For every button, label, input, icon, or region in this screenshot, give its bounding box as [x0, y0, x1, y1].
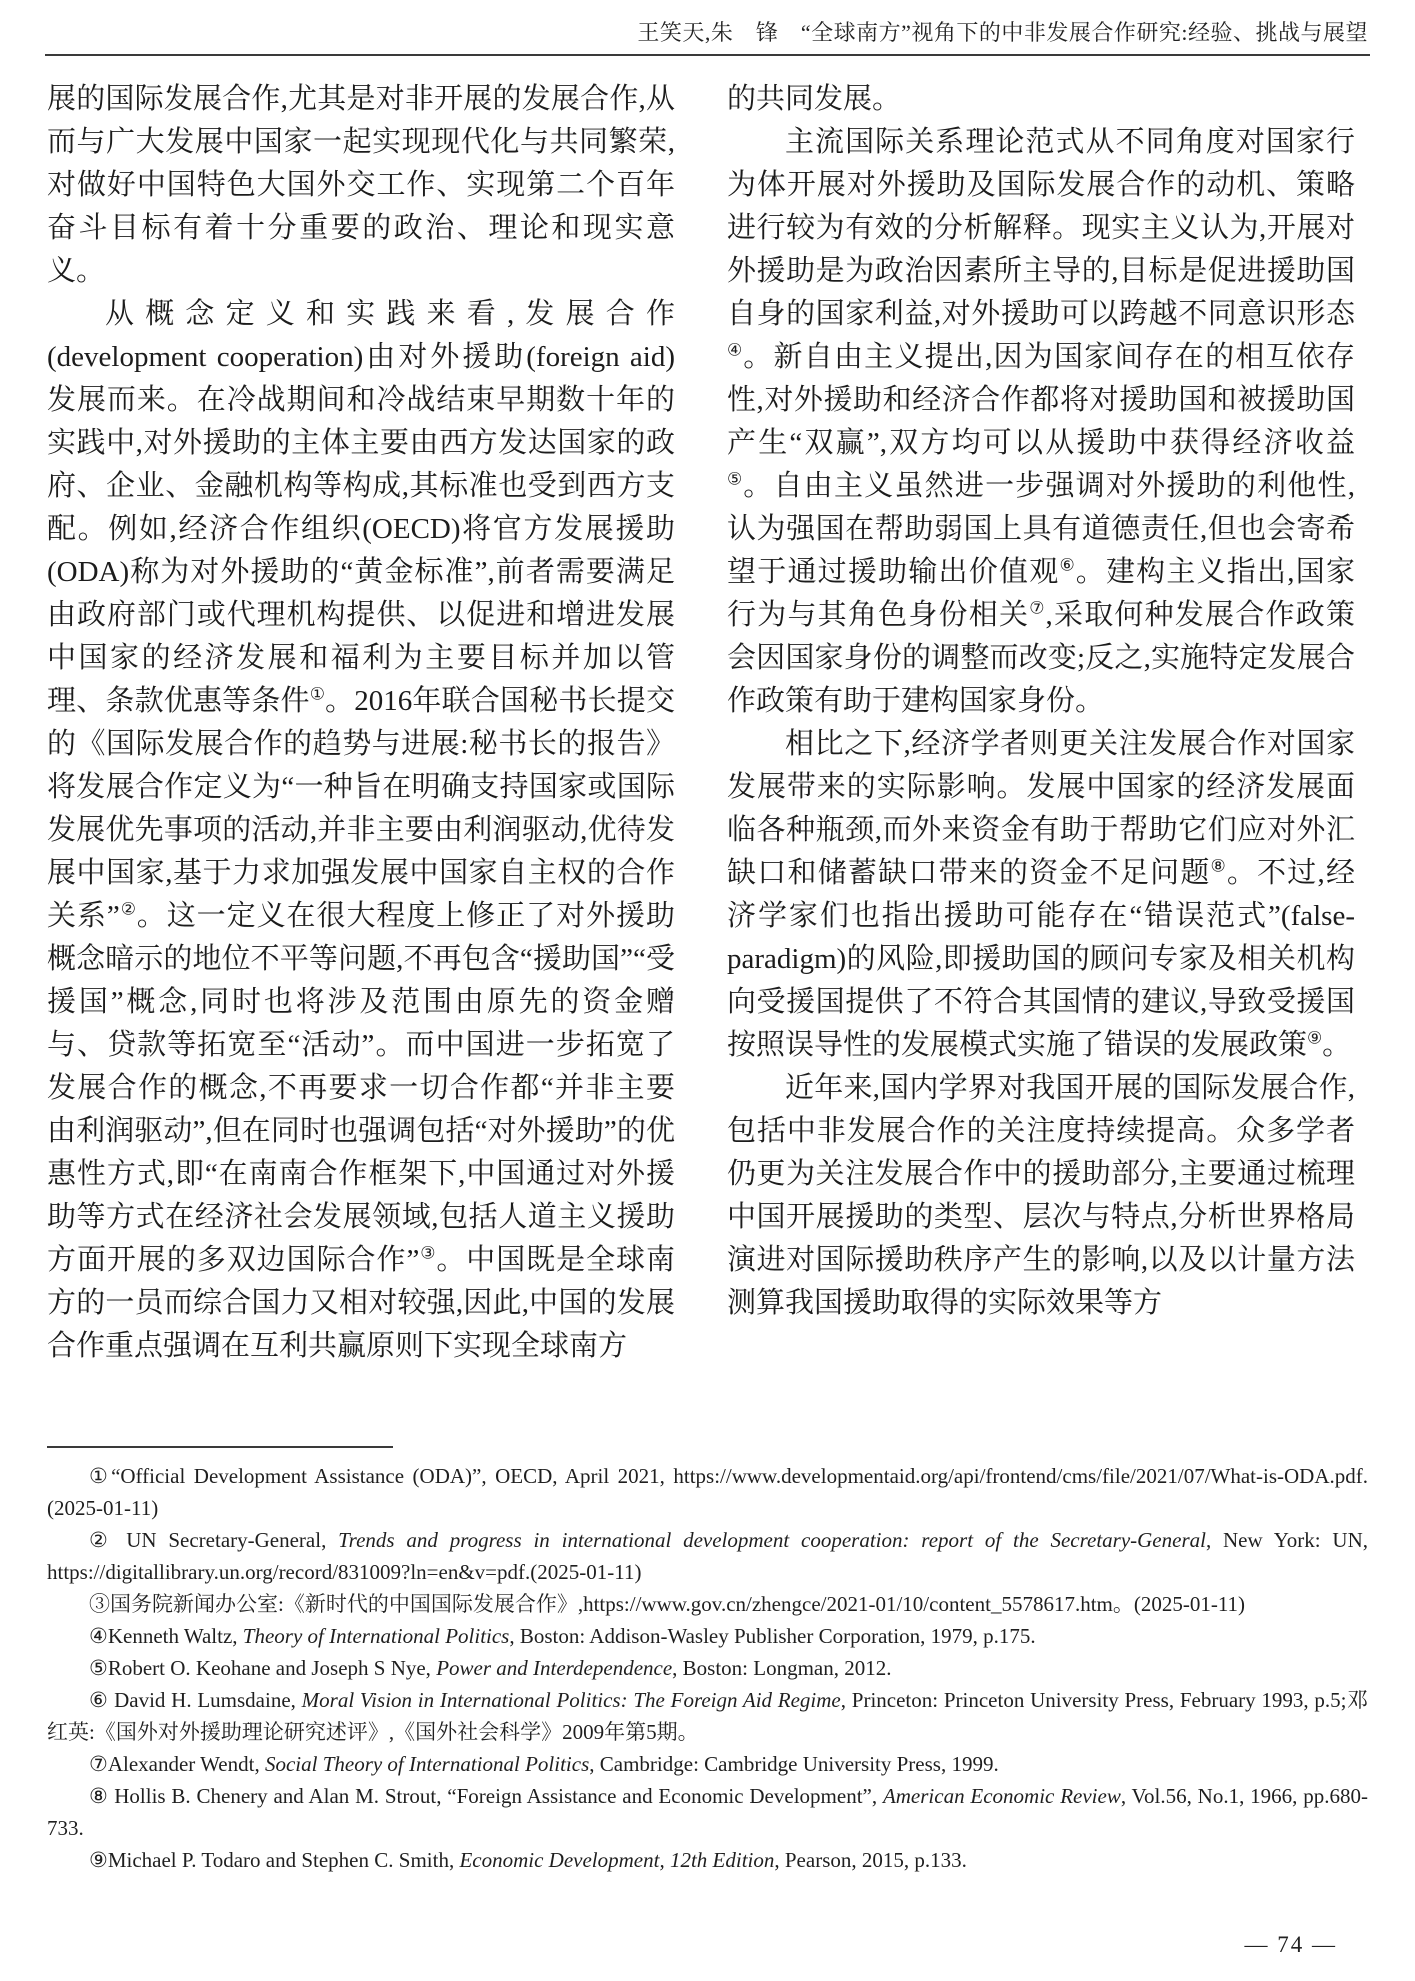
footnote-item: ①“Official Development Assistance (ODA)”…	[47, 1460, 1368, 1524]
footnote-text: ⑤Robert O. Keohane and Joseph S Nye,	[89, 1656, 436, 1680]
footnote-text: ③国务院新闻办公室:《新时代的中国国际发展合作》,https://www.gov…	[89, 1592, 1245, 1616]
footnote-item: ⑨Michael P. Todaro and Stephen C. Smith,…	[47, 1844, 1368, 1876]
body-paragraph: 近年来,国内学界对我国开展的国际发展合作,包括中非发展合作的关注度持续提高。众多…	[727, 1067, 1355, 1325]
footnote-text: ② UN Secretary-General,	[89, 1528, 338, 1552]
body-paragraph: 主流国际关系理论范式从不同角度对国家行为体开展对外援助及国际发展合作的动机、策略…	[727, 121, 1355, 723]
footnote-text: , Boston: Longman, 2012.	[672, 1656, 891, 1680]
footnote-text: ⑦Alexander Wendt,	[89, 1752, 265, 1776]
footnote-rule	[47, 1446, 393, 1448]
footnote-title-italic: Economic Development, 12th Edition	[459, 1848, 774, 1872]
footnote-text: , Boston: Addison-Wasley Publisher Corpo…	[509, 1624, 1035, 1648]
footnotes-block: ①“Official Development Assistance (ODA)”…	[47, 1460, 1368, 1876]
left-column: 展的国际发展合作,尤其是对非开展的发展合作,从而与广大发展中国家一起实现现代化与…	[47, 78, 675, 1368]
header-rule	[45, 54, 1370, 56]
footnote-title-italic: Social Theory of International Politics	[265, 1752, 589, 1776]
journal-page: 王笑天,朱 锋 “全球南方”视角下的中非发展合作研究:经验、挑战与展望 展的国际…	[0, 0, 1415, 1981]
footnote-ref: ④	[727, 340, 743, 359]
footnote-item: ③国务院新闻办公室:《新时代的中国国际发展合作》,https://www.gov…	[47, 1588, 1368, 1620]
footnote-ref: ③	[419, 1243, 436, 1262]
body-paragraph: 从概念定义和实践来看,发展合作(development cooperation)…	[47, 293, 675, 1368]
footnote-ref: ⑦	[1029, 598, 1045, 617]
footnote-text: , Cambridge: Cambridge University Press,…	[589, 1752, 998, 1776]
footnote-item: ⑦Alexander Wendt, Social Theory of Inter…	[47, 1748, 1368, 1780]
footnote-title-italic: Theory of International Politics	[243, 1624, 510, 1648]
footnote-text: ①“Official Development Assistance (ODA)”…	[47, 1464, 1368, 1520]
page-number: — 74 —	[47, 1932, 1337, 1958]
footnote-title-italic: Power and Interdependence	[436, 1656, 672, 1680]
footnote-ref: ②	[120, 899, 137, 918]
footnote-text: ⑨Michael P. Todaro and Stephen C. Smith,	[89, 1848, 459, 1872]
footnote-ref: ⑥	[1059, 555, 1075, 574]
footnote-ref: ⑤	[727, 469, 743, 488]
footnote-item: ⑧ Hollis B. Chenery and Alan M. Strout, …	[47, 1780, 1368, 1844]
right-column: 的共同发展。主流国际关系理论范式从不同角度对国家行为体开展对外援助及国际发展合作…	[727, 78, 1355, 1368]
footnote-item: ⑤Robert O. Keohane and Joseph S Nye, Pow…	[47, 1652, 1368, 1684]
body-paragraph: 相比之下,经济学者则更关注发展合作对国家发展带来的实际影响。发展中国家的经济发展…	[727, 723, 1355, 1067]
footnote-item: ⑥ David H. Lumsdaine, Moral Vision in In…	[47, 1684, 1368, 1748]
body-paragraph: 的共同发展。	[727, 78, 1355, 121]
footnote-title-italic: Moral Vision in International Politics: …	[302, 1688, 841, 1712]
body-paragraph: 展的国际发展合作,尤其是对非开展的发展合作,从而与广大发展中国家一起实现现代化与…	[47, 78, 675, 293]
footnote-text: ⑥ David H. Lumsdaine,	[89, 1688, 302, 1712]
footnote-item: ④Kenneth Waltz, Theory of International …	[47, 1620, 1368, 1652]
running-head: 王笑天,朱 锋 “全球南方”视角下的中非发展合作研究:经验、挑战与展望	[47, 16, 1368, 47]
footnote-title-italic: Trends and progress in international dev…	[338, 1528, 1206, 1552]
footnote-title-italic: American Economic Review	[883, 1784, 1121, 1808]
body-columns: 展的国际发展合作,尤其是对非开展的发展合作,从而与广大发展中国家一起实现现代化与…	[47, 78, 1355, 1368]
footnote-ref: ⑨	[1307, 1028, 1322, 1047]
footnote-item: ② UN Secretary-General, Trends and progr…	[47, 1524, 1368, 1588]
footnote-text: ④Kenneth Waltz,	[89, 1624, 243, 1648]
footnote-text: , Pearson, 2015, p.133.	[774, 1848, 967, 1872]
footnote-ref: ①	[310, 684, 325, 703]
footnote-ref: ⑧	[1211, 856, 1227, 875]
footnote-text: ⑧ Hollis B. Chenery and Alan M. Strout, …	[89, 1784, 883, 1808]
